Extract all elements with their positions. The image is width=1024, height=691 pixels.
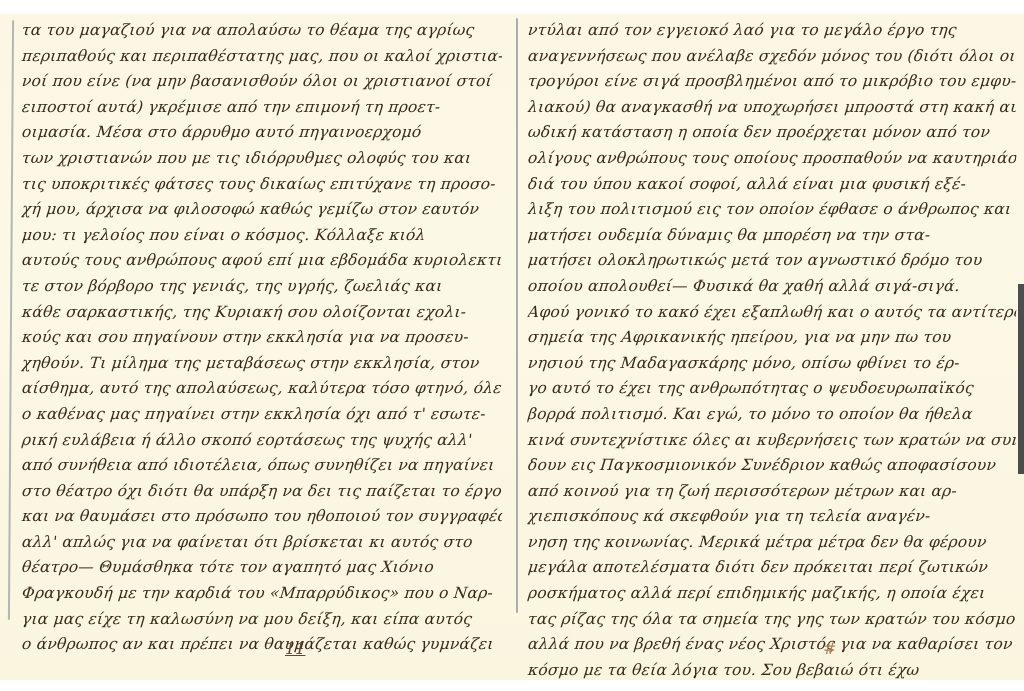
text-line: για μας είχε τη καλωσύνη να μου δείξη, κ… [21,607,504,633]
page-number: 11 [285,639,305,658]
text-line: αυτούς τους ανθρώπους αφού επί μια εβδομ… [21,248,504,274]
text-line: χιεπισκόπους κά σκεφθούν για τη τελεία α… [527,504,1018,530]
text-line: από κοινού για τη ζωή περισσότερων μέτρω… [527,479,1018,505]
text-line: ωδική κατάσταση η οποία δεν προέρχεται μ… [527,120,1018,146]
text-line: κόσμο με τα θεία λόγια του. Σου βεβαιώ ό… [527,658,1018,684]
text-line: ντύλαι από τον εγγειοκό λαό για το μεγάλ… [527,18,1018,44]
text-line: ο άνθρωπος αν και πρέπει να θαυμάζεται κ… [21,632,504,658]
text-line: μεγάλα αποτελέσματα διότι δεν πρόκειται … [527,555,1018,581]
text-line: και να θαυμάσει στο πρόσωπο του ηθοποιού… [21,504,504,530]
text-line: χή μου, άρχισα να φιλοσοφώ καθώς γεμίζω … [21,197,504,223]
text-line: τε στον βόρβορο της γενιάς, της υγρής, ζ… [21,274,504,300]
text-line: τις υποκριτικές φάτσες τους δικαίως επιτ… [21,172,504,198]
text-line: λιακού) θα αναγκασθή να υποχωρήσει μπροσ… [527,95,1018,121]
page-number: # [823,639,836,658]
pencil-margin-line [516,18,518,613]
text-line: Αφού γονικό το κακό έχει εξαπλωθή και ο … [527,300,1018,326]
text-line: οποίου απολουθεί— Φυσικά θα χαθή αλλά σι… [527,274,1018,300]
text-line: μου: τι γελοίος που είναι ο κόσμος. Κόλλ… [21,223,504,249]
text-line: οιμασία. Μέσα στο άρρυθμο αυτό πηγαινοερ… [21,120,504,146]
text-line: ειποστοί αυτά) γκρέμισε από την επιμονή … [21,95,504,121]
text-line: κινά συντεχνίστικε όλες αι κυβερνήσεις τ… [527,428,1018,454]
handwritten-lines: ντύλαι από τον εγγειοκό λαό για το μεγάλ… [528,18,1016,683]
text-line: νοί που είνε (να μην βασανισθούν όλοι οι… [21,69,504,95]
text-line: ρική ευλάβεια ή άλλο σκοπό εορτάσεως της… [21,428,504,454]
text-line: γο αυτό το έχει της ανθρωπότητας ο ψευδο… [527,376,1018,402]
text-line: ολίγους ανθρώπους τους οποίους προσπαθού… [527,146,1018,172]
text-line: ματήσει ολοκληρωτικώς μετά τον αγνωστικό… [527,248,1018,274]
text-line: αναγεννήσεως που ανέλαβε σχεδόν μόνος το… [527,44,1018,70]
handwritten-lines: τα του μαγαζιού για να απολαύσω το θέαμα… [22,18,502,658]
manuscript-sheet: τα του μαγαζιού για να απολαύσω το θέαμα… [0,14,1024,680]
text-line: από συνήθεια από ιδιοτέλεια, όπως συνηθί… [21,453,504,479]
text-line: χηθούν. Τι μίλημα της μεταβάσεως στην εκ… [21,351,504,377]
text-line: αλλά που να βρεθή ένας νέος Χριστός για … [527,632,1018,658]
text-line: περιπαθούς και περιπαθέστατης μας, που ο… [21,44,504,70]
text-line: σημεία της Αφρικανικής ηπείρου, για να μ… [527,325,1018,351]
text-line: δουν εις Παγκοσμιονικόν Συνέδριον καθώς … [527,453,1018,479]
text-line: τα του μαγαζιού για να απολαύσω το θέαμα… [21,18,504,44]
text-line: των χριστιανών που με τις ιδιόρρυθμες ολ… [21,146,504,172]
text-line: νηση της κοινωνίας. Μερικά μέτρα μέτρα δ… [527,530,1018,556]
text-line: αίσθημα, αυτό της απολαύσεως, καλύτερα τ… [21,376,504,402]
scan-edge-shadow [1018,284,1024,474]
pencil-margin-line [8,20,14,620]
text-line: νησιού της Μαδαγασκάρης μόνο, οπίσω φθίν… [527,351,1018,377]
text-line: τρογύροι είνε σιγά προσβλημένοι από το μ… [527,69,1018,95]
text-line: ο καθένας μας πηγαίνει στην εκκλησία όχι… [21,402,504,428]
text-line: αλλ' απλώς για να φαίνεται ότι βρίσκεται… [21,530,504,556]
text-line: διά του ύπου κακοί σοφοί, αλλά είναι μια… [527,172,1018,198]
text-line: ροσκήματος αλλά περί επιδημικής μαζικής,… [527,581,1018,607]
text-line: στο θέατρο όχι διότι θα υπάρξη να δει τι… [21,479,504,505]
page-right: ντύλαι από τον εγγειοκό λαό για το μεγάλ… [510,14,1024,680]
text-line: λιξη του πολιτισμού εις τον οποίον έφθασ… [527,197,1018,223]
text-line: Φραγκουδή με την καρδιά του «Μπαρρύδικος… [21,581,504,607]
text-line: θέατρο— Θυμάσθηκα τότε τον αγαπητό μας Χ… [21,555,504,581]
text-line: κάθε σαρκαστικής, της Κυριακή σου ολοίζο… [21,300,504,326]
text-line: τας ρίζας της όλα τα σημεία της γης των … [527,607,1018,633]
page-left: τα του μαγαζιού για να απολαύσω το θέαμα… [0,14,510,680]
text-line: κούς και σου πηγαίνουν στην εκκλησία για… [21,325,504,351]
text-line: βορρά πολιτισμό. Και εγώ, το μόνο το οπο… [527,402,1018,428]
text-line: ματήσει ουδεμία δύναμις θα μπορέση να τη… [527,223,1018,249]
